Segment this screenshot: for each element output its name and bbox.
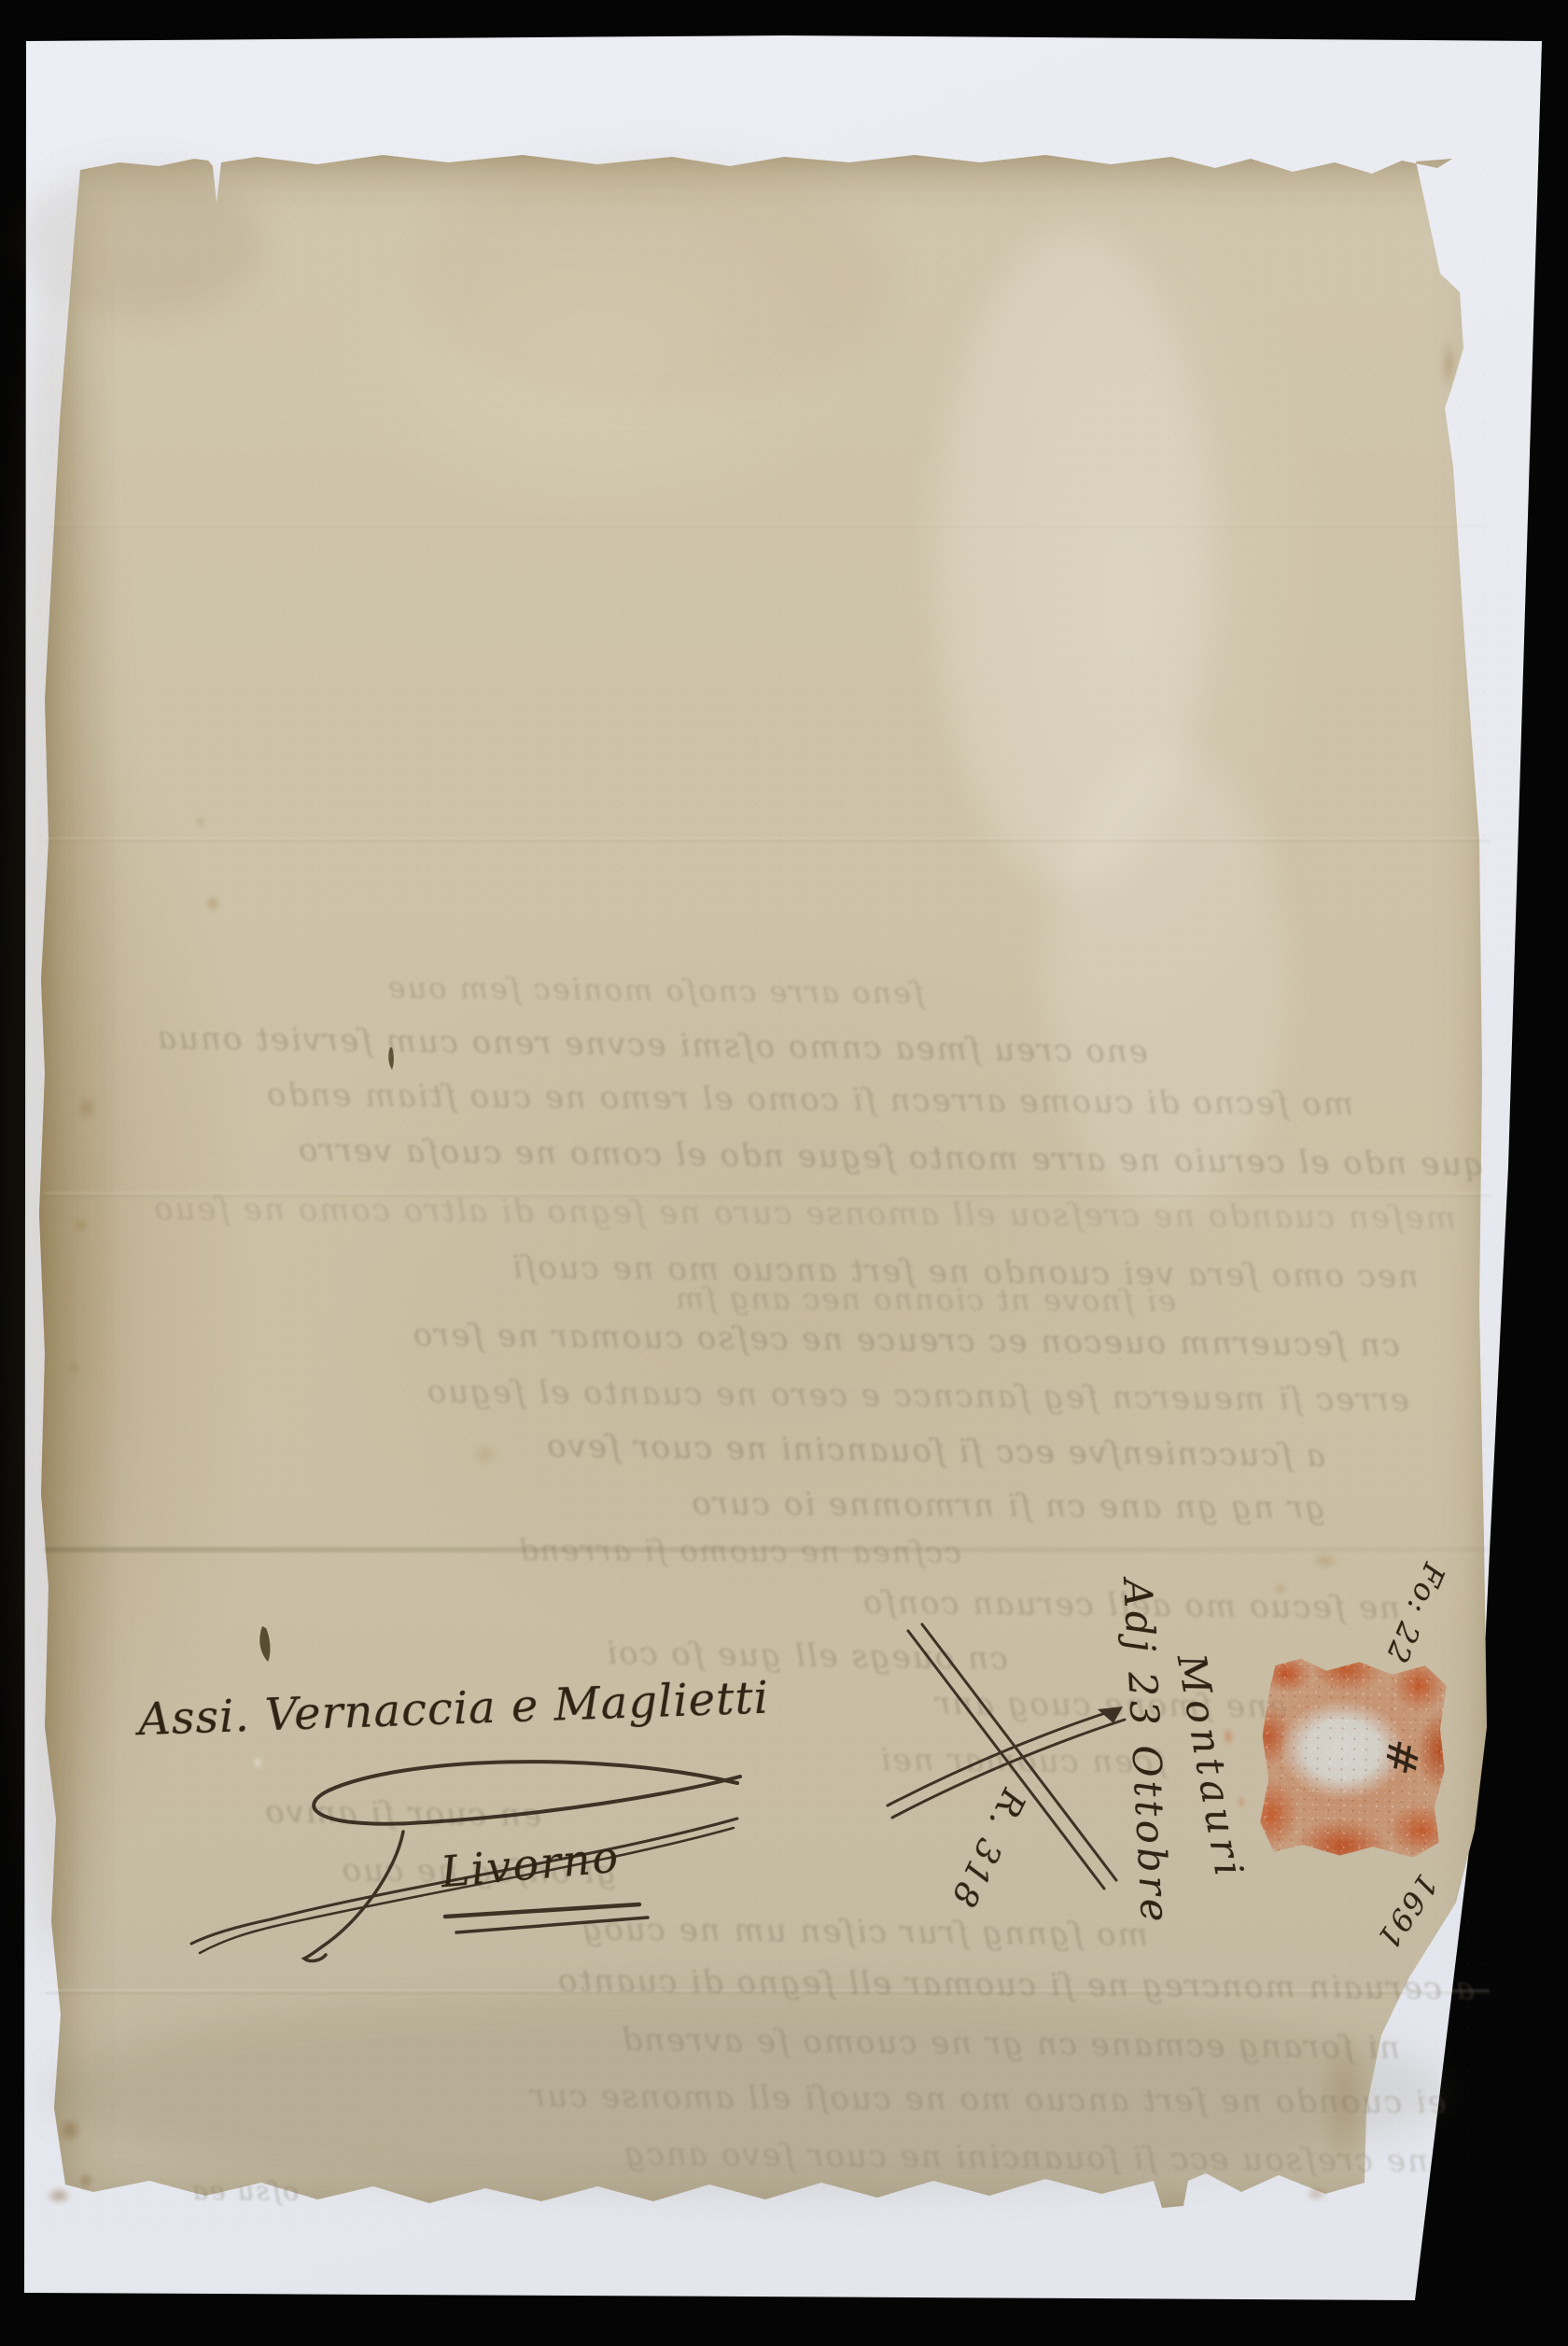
- manuscript-page: [37, 148, 1510, 2231]
- photo-stage: Assi. Vernaccia e Maglietti Livorno Adj …: [0, 0, 1568, 2346]
